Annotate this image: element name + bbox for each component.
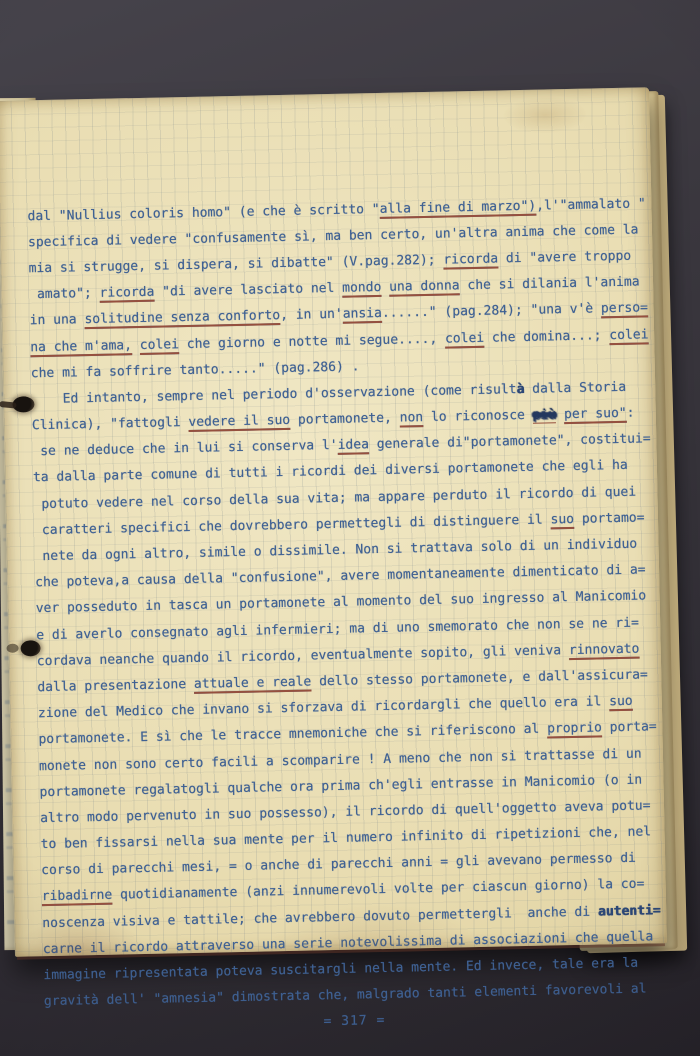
- photo-background: dal "Nullius coloris homo" (e che è scri…: [0, 0, 700, 1056]
- typewritten-lines: dal "Nullius coloris homo" (e che è scri…: [26, 112, 671, 1042]
- manuscript-page: dal "Nullius coloris homo" (e che è scri…: [0, 87, 667, 956]
